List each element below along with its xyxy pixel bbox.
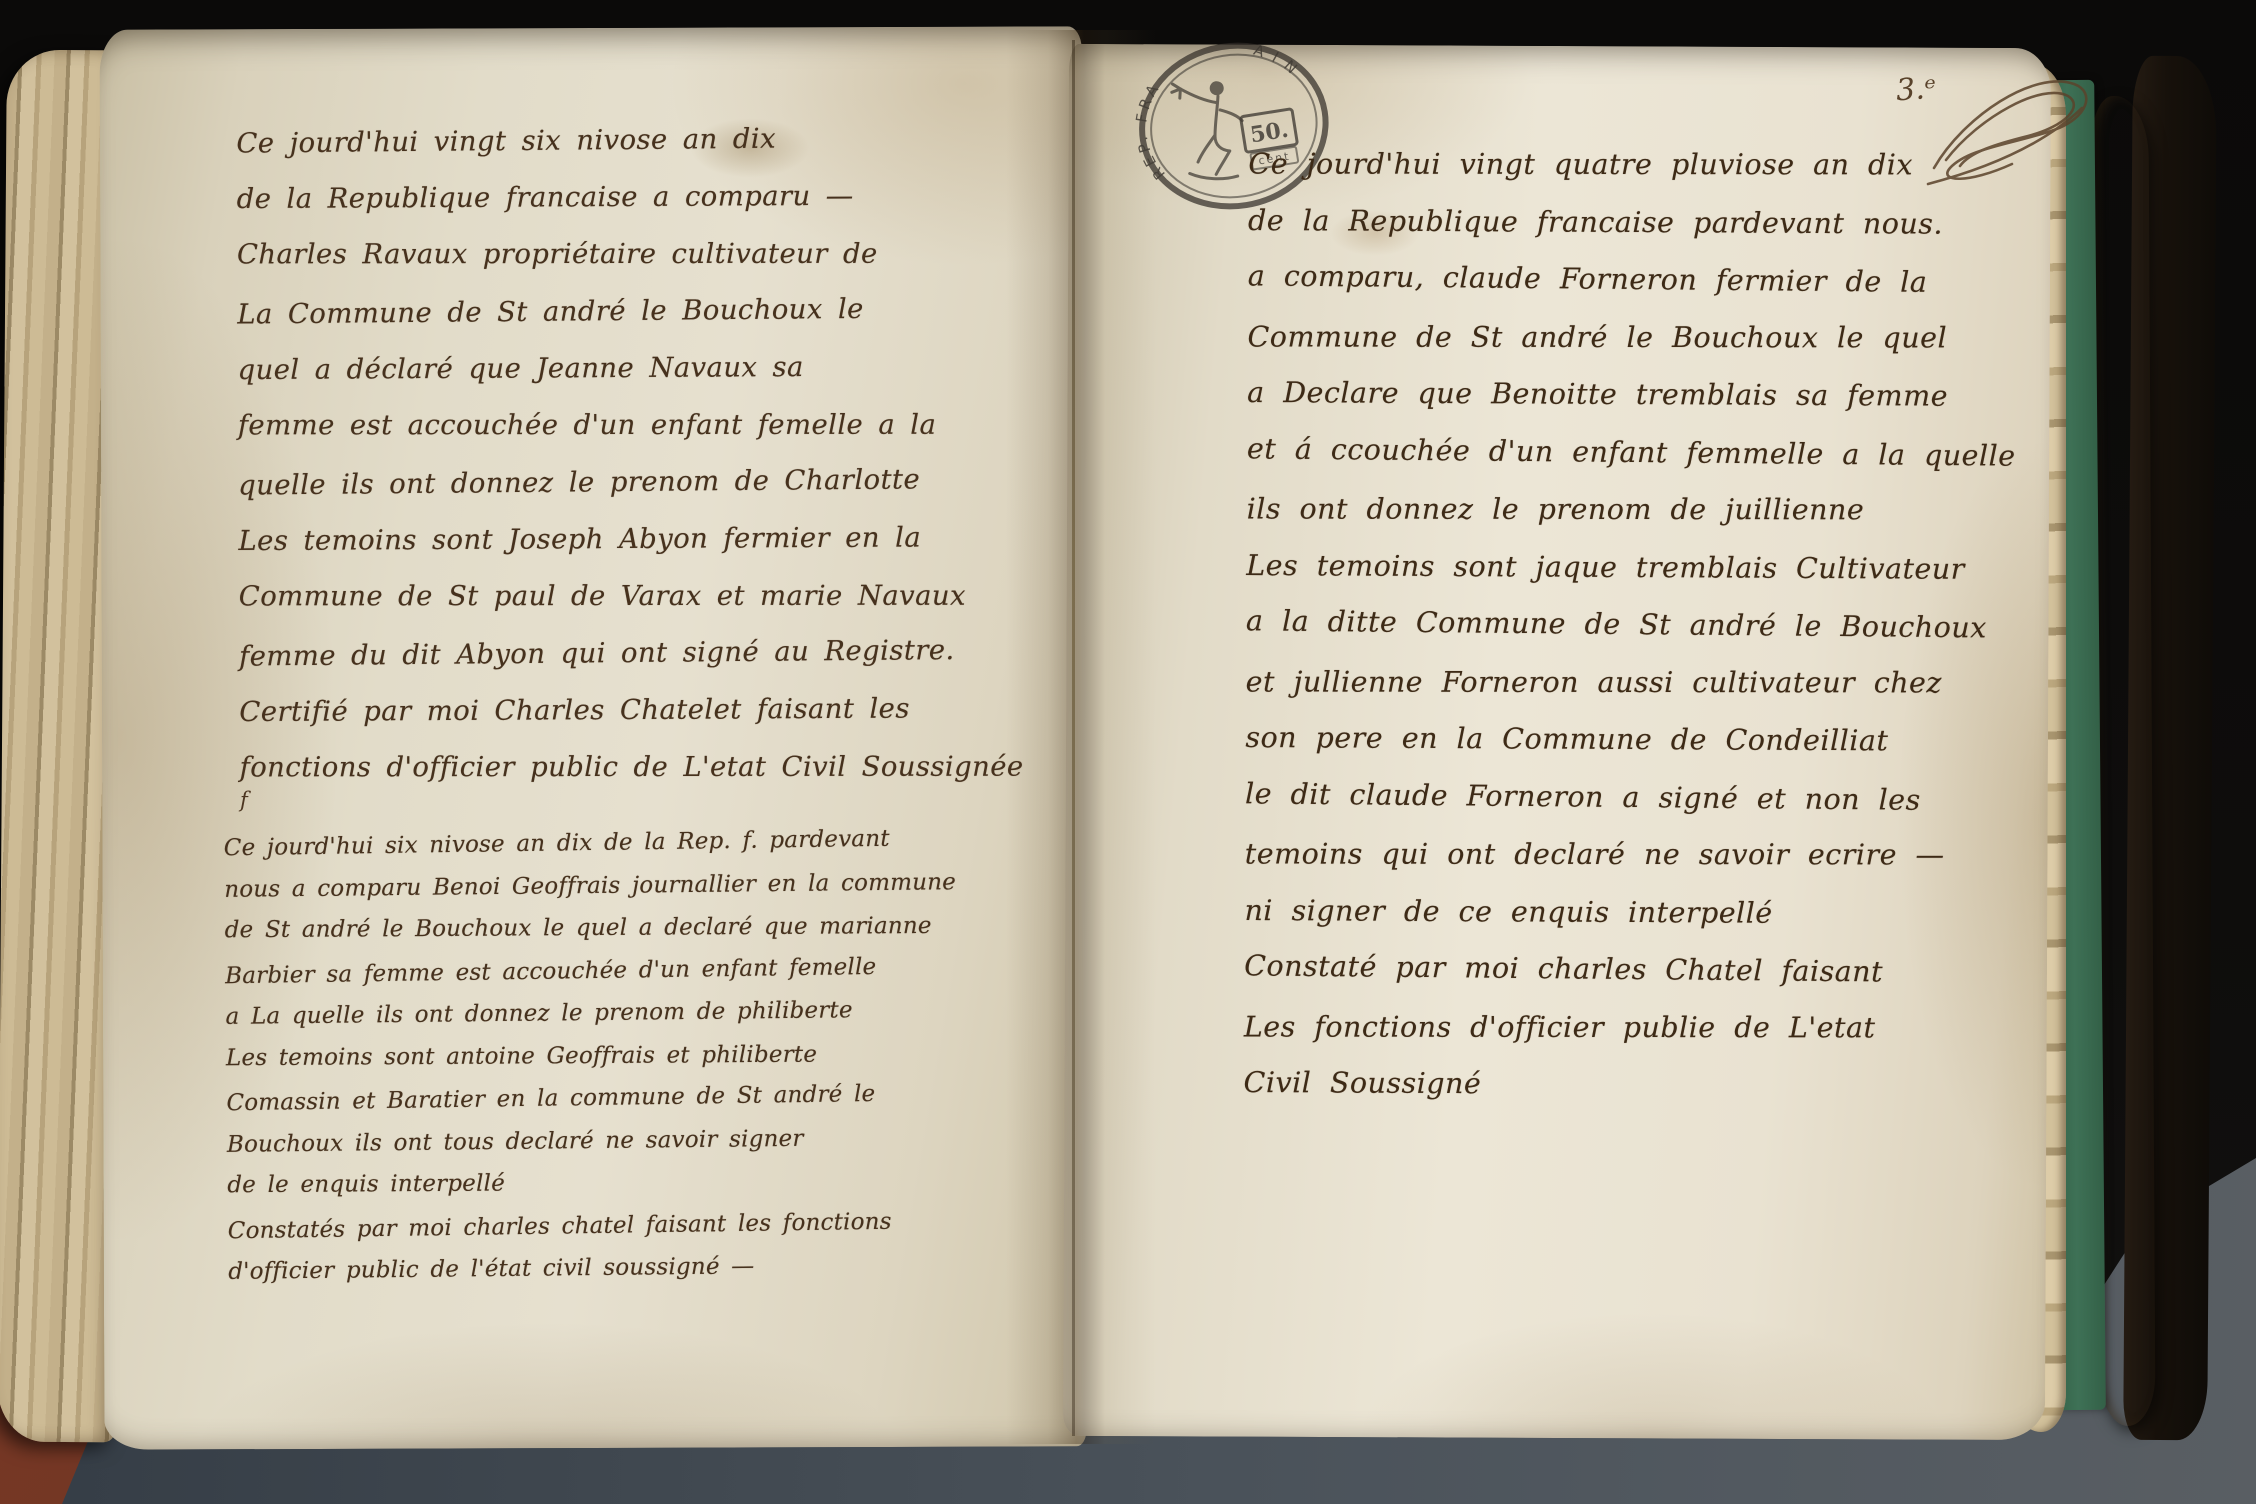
manuscript-line: de la Republique francaise a comparu — <box>237 167 1021 228</box>
manuscript-line: Constaté par moi charles Chatel faisant <box>1244 937 2013 1002</box>
manuscript-line: de St andré le Bouchoux le quel a declar… <box>225 905 957 952</box>
manuscript-line: et jullienne Forneron aussi cultivateur … <box>1246 653 2015 712</box>
left-page-entry-2: Ce jourd'hui six nivose an dix de la Rep… <box>224 818 961 1293</box>
manuscript-line: a Declare que Benoitte tremblais sa femm… <box>1247 364 2016 426</box>
manuscript-line: le dit claude Forneron a signé et non le… <box>1245 765 2014 830</box>
manuscript-line: quelle ils ont donnez le prenom de Charl… <box>238 450 1022 514</box>
manuscript-line: Les fonctions d'officier publie de L'eta… <box>1244 998 2013 1057</box>
right-page-entry: Ce jourd'hui vingt quatre pluviose an di… <box>1243 134 2017 1116</box>
manuscript-line: Certifié par moi Charles Chatelet faisan… <box>239 680 1023 741</box>
manuscript-line: femme du dit Abyon qui ont signé au Regi… <box>239 621 1023 685</box>
manuscript-line: Ce jourd'hui vingt six nivose an dix <box>236 108 1020 172</box>
manuscript-line: Ce jourd'hui vingt quatre pluviose an di… <box>1248 135 2017 194</box>
manuscript-line: fonctions d'officier public de L'etat Ci… <box>240 739 1024 797</box>
manuscript-line: Les temoins sont jaque tremblais Cultiva… <box>1246 536 2015 598</box>
manuscript-line: Bouchoux ils ont tous declaré ne savoir … <box>227 1116 959 1166</box>
manuscript-line: femme est accouchée d'un enfant femelle … <box>238 397 1022 455</box>
manuscript-line: a comparu, claude Forneron fermier de la <box>1248 247 2017 312</box>
manuscript-photo: REP. FRA AIN 50. cent 3.ᵉ Ce jourd'hui v… <box>0 0 2256 1504</box>
manuscript-line: Civil Soussigné <box>1243 1054 2012 1116</box>
page-gutter <box>1006 30 1156 1444</box>
manuscript-line: La Commune de St andré le Bouchoux le <box>237 279 1021 343</box>
gutter-crease <box>1072 40 1075 1436</box>
manuscript-line: temoins qui ont declaré ne savoir ecrire… <box>1245 825 2014 884</box>
manuscript-line: et á ccouchée d'un enfant femmelle a la … <box>1247 420 2016 485</box>
manuscript-line: son pere en la Commune de Condeilliat <box>1245 709 2014 771</box>
manuscript-line: nous a comparu Benoi Geoffrais journalli… <box>224 861 956 911</box>
left-page-entry-1: Ce jourd'hui vingt six nivose an dixde l… <box>236 110 1024 798</box>
manuscript-line: de la Republique francaise pardevant nou… <box>1248 191 2017 253</box>
manuscript-line: Les temoins sont Joseph Abyon fermier en… <box>238 509 1022 570</box>
seated-figure-icon <box>1171 74 1251 184</box>
manuscript-line: de le enquis interpellé <box>227 1160 959 1207</box>
manuscript-line: a la ditte Commune de St andré le Boucho… <box>1246 592 2015 657</box>
manuscript-line: ils ont donnez le prenom de juillienne <box>1247 480 2016 539</box>
manuscript-line: Charles Ravaux propriétaire cultivateur … <box>237 226 1021 284</box>
manuscript-line: Commune de St andré le Bouchoux le quel <box>1247 308 2016 367</box>
left-page-margin-mark: f <box>240 788 248 812</box>
manuscript-line: Commune de St paul de Varax et marie Nav… <box>239 568 1023 626</box>
manuscript-line: Les temoins sont antoine Geoffrais et ph… <box>226 1032 958 1079</box>
manuscript-line: quel a déclaré que Jeanne Navaux sa <box>237 338 1021 399</box>
manuscript-line: ni signer de ce enquis interpellé <box>1244 881 2013 943</box>
